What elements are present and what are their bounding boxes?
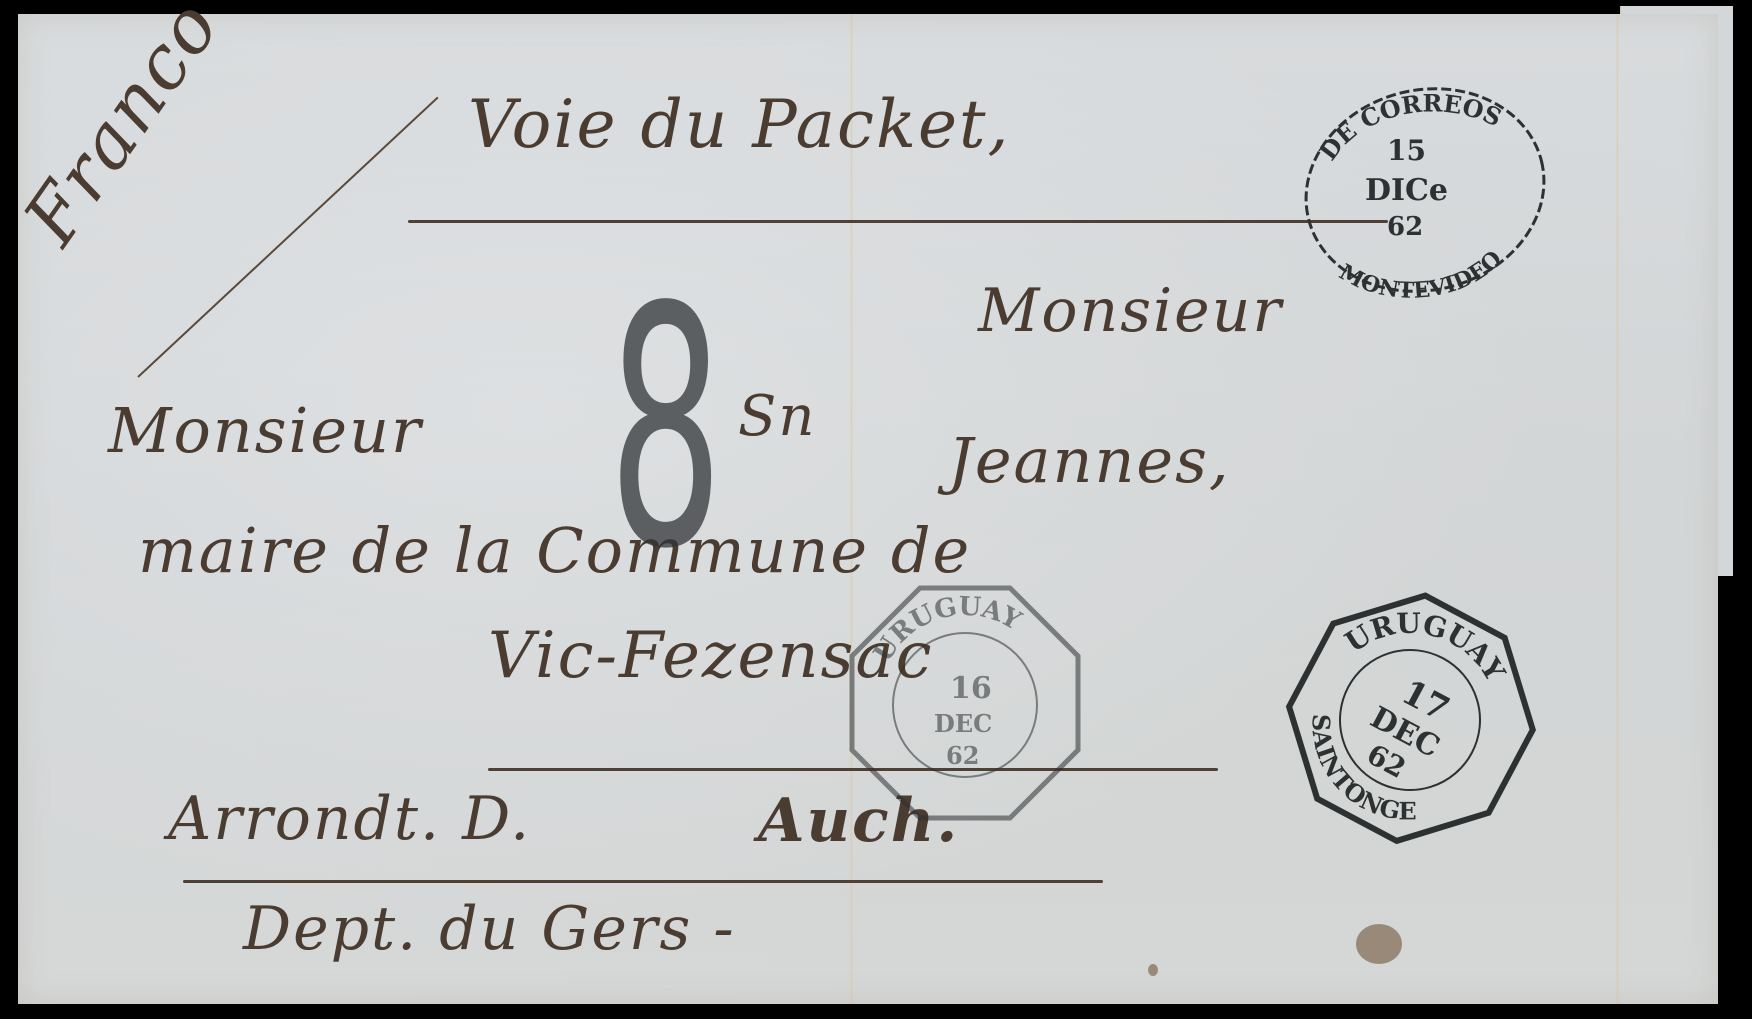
address-line-2: maire de la Commune de <box>138 514 971 587</box>
address-sn: Sn <box>738 384 816 449</box>
ink-stain <box>1356 924 1402 964</box>
svg-text:62: 62 <box>946 741 979 770</box>
uruguay-16-octagonal-postmark: URUGUAY 16 DEC 62 <box>840 580 1090 830</box>
addressee-name: Jeannes, <box>948 424 1231 497</box>
svg-text:URUGUAY: URUGUAY <box>868 592 1026 668</box>
postage-due-mark: 8 <box>608 264 723 594</box>
fold-crease <box>1616 14 1619 1004</box>
svg-text:16: 16 <box>950 671 992 706</box>
address-line-4-prefix: Arrondt. D. <box>168 784 531 854</box>
underline <box>183 880 1103 883</box>
svg-text:62: 62 <box>1387 212 1423 242</box>
address-honorific: Monsieur <box>108 394 423 467</box>
franco-stroke <box>137 97 438 378</box>
address-line-5: Dept. du Gers - <box>243 894 736 964</box>
svg-text:DICe: DICe <box>1365 173 1448 208</box>
underline <box>408 220 1388 223</box>
franco-endorsement: Franco <box>8 0 237 260</box>
ink-stain <box>1148 964 1158 976</box>
montevideo-oval-postmark: DE CORREOS MONTEVIDEO 15 DICe 62 <box>1295 70 1555 310</box>
address-line-1: Monsieur <box>108 394 423 467</box>
svg-text:15: 15 <box>1387 134 1426 167</box>
svg-text:DEC: DEC <box>934 709 992 738</box>
svg-text:MONTEVIDEO: MONTEVIDEO <box>1335 246 1507 304</box>
uruguay-17-saintonge-postmark: URUGUAY SAINTONGE 17 DEC 62 <box>1285 595 1535 845</box>
salutation: Monsieur <box>978 276 1283 346</box>
route-instruction: Voie du Packet, <box>468 86 1011 163</box>
